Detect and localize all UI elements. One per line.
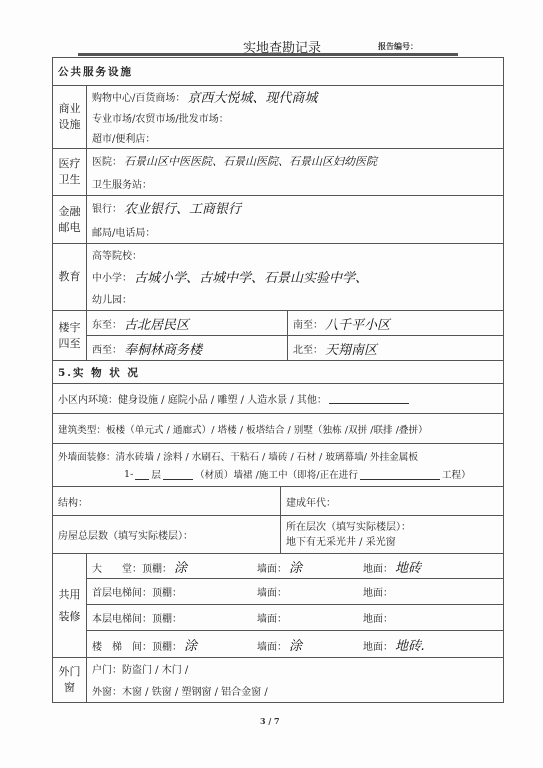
section-title-physical: 5.实 物 状 况 (53, 361, 140, 383)
bank-field[interactable]: 银行： 农业银行、工商银行 (87, 196, 503, 220)
west-field[interactable]: 西至： 奉桐林商务楼 (87, 336, 287, 360)
category-commercial: 商业设施 (53, 86, 87, 148)
bank-value[interactable]: 农业银行、工商银行 (124, 198, 241, 217)
south-field[interactable]: 南至： 八千平小区 (287, 311, 503, 335)
deco-row-ground-elevator[interactable]: 首层电梯间：顶棚： 墙面： 地面： (87, 578, 503, 604)
exterior-options[interactable]: 外墙面装修：清水砖墙 / 涂料 / 水刷石、干粘石 / 墙砖 / 石材 / 玻璃… (53, 447, 503, 465)
section-title-public-services: 公共服务设施 (53, 58, 133, 85)
east-label: 东至： (92, 316, 122, 331)
college-label: 高等院校： (92, 247, 142, 262)
school-value[interactable]: 古城小学、古城中学、石景山实验中学、 (134, 267, 368, 286)
boundaries-east-south: 东至： 古北居民区 南至： 八千平小区 (87, 311, 503, 335)
deco-row-lobby[interactable]: 大 堂：顶棚：涂 墙面：涂 地面：地砖 (87, 554, 503, 578)
exterior-row[interactable]: 外墙面装修：清水砖墙 / 涂料 / 水刷石、干粘石 / 墙砖 / 石材 / 玻璃… (53, 443, 503, 486)
shopping-value[interactable]: 京西大悦城、现代商城 (187, 87, 317, 106)
floors-row: 房屋总层数（填写实际楼层）： 所在层次（填写实际楼层）： 地下有无采光井 / 采… (53, 515, 503, 553)
lobby-floor-value[interactable]: 地砖 (395, 561, 421, 576)
shopping-field[interactable]: 购物中心/百货商场： 京西大悦城、现代商城 (87, 86, 503, 108)
kindergarten-label: 幼儿园： (92, 291, 132, 306)
structure-field[interactable]: 结构： (53, 487, 280, 515)
hospital-field[interactable]: 医院： 石景山区中医医院、石景山医院、石景山区妇幼医院 (87, 149, 503, 172)
post-field[interactable]: 邮局/电话局： (87, 220, 503, 244)
market-field[interactable]: 专业市场/农贸市场/批发市场： (87, 108, 503, 128)
year-field[interactable]: 建成年代： (280, 487, 503, 515)
east-field[interactable]: 东至： 古北居民区 (87, 311, 287, 335)
environment-options[interactable]: 小区内环境：健身设施 / 庭院小品 / 雕塑 / 人造水景 / 其他： (53, 384, 411, 413)
boundaries-west-north: 西至： 奉桐林商务楼 北至： 天翔南区 (87, 335, 503, 360)
stair-floor-value[interactable]: 地砖. (395, 639, 425, 654)
building-type-row[interactable]: 建筑类型：板楼（单元式 / 通廊式）/ 塔楼 / 板塔结合 / 别墅（独栋 /双… (53, 413, 503, 443)
door-options[interactable]: 户门：防盗门 / 木门 / (87, 658, 503, 680)
shared-decoration-row: 共用装修 大 堂：顶棚：涂 墙面：涂 地面：地砖 首层电梯间：顶棚： 墙面： 地… (53, 553, 503, 657)
category-finance: 金融邮电 (53, 196, 87, 243)
category-shared-decoration: 共用装修 (53, 554, 87, 657)
deco-row-floor-elevator[interactable]: 本层电梯间：顶棚： 墙面： 地面： (87, 604, 503, 630)
lobby-ceiling-value[interactable]: 涂 (174, 561, 187, 576)
category-medical: 医疗卫生 (53, 149, 87, 195)
education-row: 教育 高等院校： 中小学： 古城小学、古城中学、石景山实验中学、 幼儿园： (53, 243, 503, 310)
finance-row: 金融邮电 银行： 农业银行、工商银行 邮局/电话局： (53, 195, 503, 243)
hospital-label: 医院： (92, 153, 122, 168)
page-header: 实地查勘记录 报告编号： (0, 0, 543, 60)
post-label: 邮局/电话局： (92, 224, 155, 239)
structure-row: 结构： 建成年代： (53, 486, 503, 515)
building-type-options[interactable]: 建筑类型：板楼（单元式 / 通廊式）/ 塔楼 / 板塔结合 / 别墅（独栋 /双… (53, 414, 428, 443)
commercial-row: 商业设施 购物中心/百货商场： 京西大悦城、现代商城 专业市场/农贸市场/批发市… (53, 85, 503, 148)
clinic-label: 卫生服务站： (92, 176, 152, 191)
hospital-value[interactable]: 石景山区中医医院、石景山医院、石景山区妇幼医院 (124, 153, 377, 169)
survey-form: 公共服务设施 商业设施 购物中心/百货商场： 京西大悦城、现代商城 专业市场/农… (52, 57, 504, 703)
exterior-skirt-line[interactable]: 1- 层 （材质）墙裙 /施工中（即将/正在进行 工程） (53, 465, 503, 483)
physical-header: 5.实 物 状 况 (53, 360, 503, 383)
north-label: 北至： (293, 341, 323, 356)
located-floor-field[interactable]: 所在层次（填写实际楼层）： 地下有无采光井 / 采光窗 (280, 516, 503, 553)
window-options[interactable]: 外窗：木窗 / 铁窗 / 塑钢窗 / 铝合金窗 / (87, 680, 503, 702)
supermarket-field[interactable]: 超市/便利店： (87, 127, 503, 148)
north-field[interactable]: 北至： 天翔南区 (287, 336, 503, 360)
clinic-field[interactable]: 卫生服务站： (87, 172, 503, 195)
shopping-label: 购物中心/百货商场： (92, 89, 185, 104)
south-label: 南至： (293, 316, 323, 331)
category-boundaries: 楼宇四至 (53, 311, 87, 360)
medical-row: 医疗卫生 医院： 石景山区中医医院、石景山医院、石景山区妇幼医院 卫生服务站： (53, 148, 503, 195)
deco-row-stairwell[interactable]: 楼 梯 间：顶棚：涂 墙面：涂 地面：地砖. (87, 630, 503, 657)
light-well-options[interactable]: 地下有无采光井 / 采光窗 (286, 535, 396, 550)
college-field[interactable]: 高等院校： (87, 244, 503, 266)
market-label: 专业市场/农贸市场/批发市场： (92, 110, 229, 125)
total-floors-field[interactable]: 房屋总层数（填写实际楼层）： (53, 516, 280, 553)
category-doors-windows: 外门窗 (53, 658, 87, 702)
doors-windows-row: 外门窗 户门：防盗门 / 木门 / 外窗：木窗 / 铁窗 / 塑钢窗 / 铝合金… (53, 657, 503, 702)
west-label: 西至： (92, 341, 122, 356)
supermarket-label: 超市/便利店： (92, 130, 155, 145)
school-label: 中小学： (92, 269, 132, 284)
school-field[interactable]: 中小学： 古城小学、古城中学、石景山实验中学、 (87, 266, 503, 288)
south-value[interactable]: 八千平小区 (325, 314, 390, 333)
bank-label: 银行： (92, 200, 122, 215)
header-rule (78, 53, 458, 56)
environment-row[interactable]: 小区内环境：健身设施 / 庭院小品 / 雕塑 / 人造水景 / 其他： (53, 383, 503, 413)
north-value[interactable]: 天翔南区 (325, 339, 377, 358)
east-value[interactable]: 古北居民区 (124, 314, 189, 333)
west-value[interactable]: 奉桐林商务楼 (124, 339, 202, 358)
report-number-label: 报告编号： (378, 41, 418, 52)
environment-other-blank[interactable] (329, 393, 409, 404)
boundaries-row: 楼宇四至 东至： 古北居民区 南至： 八千平小区 西至： 奉桐林商务楼 北至： (53, 310, 503, 360)
category-education: 教育 (53, 244, 87, 310)
page-number: 3 / 7 (260, 716, 280, 726)
kindergarten-field[interactable]: 幼儿园： (87, 287, 503, 310)
public-services-header: 公共服务设施 (53, 58, 503, 85)
